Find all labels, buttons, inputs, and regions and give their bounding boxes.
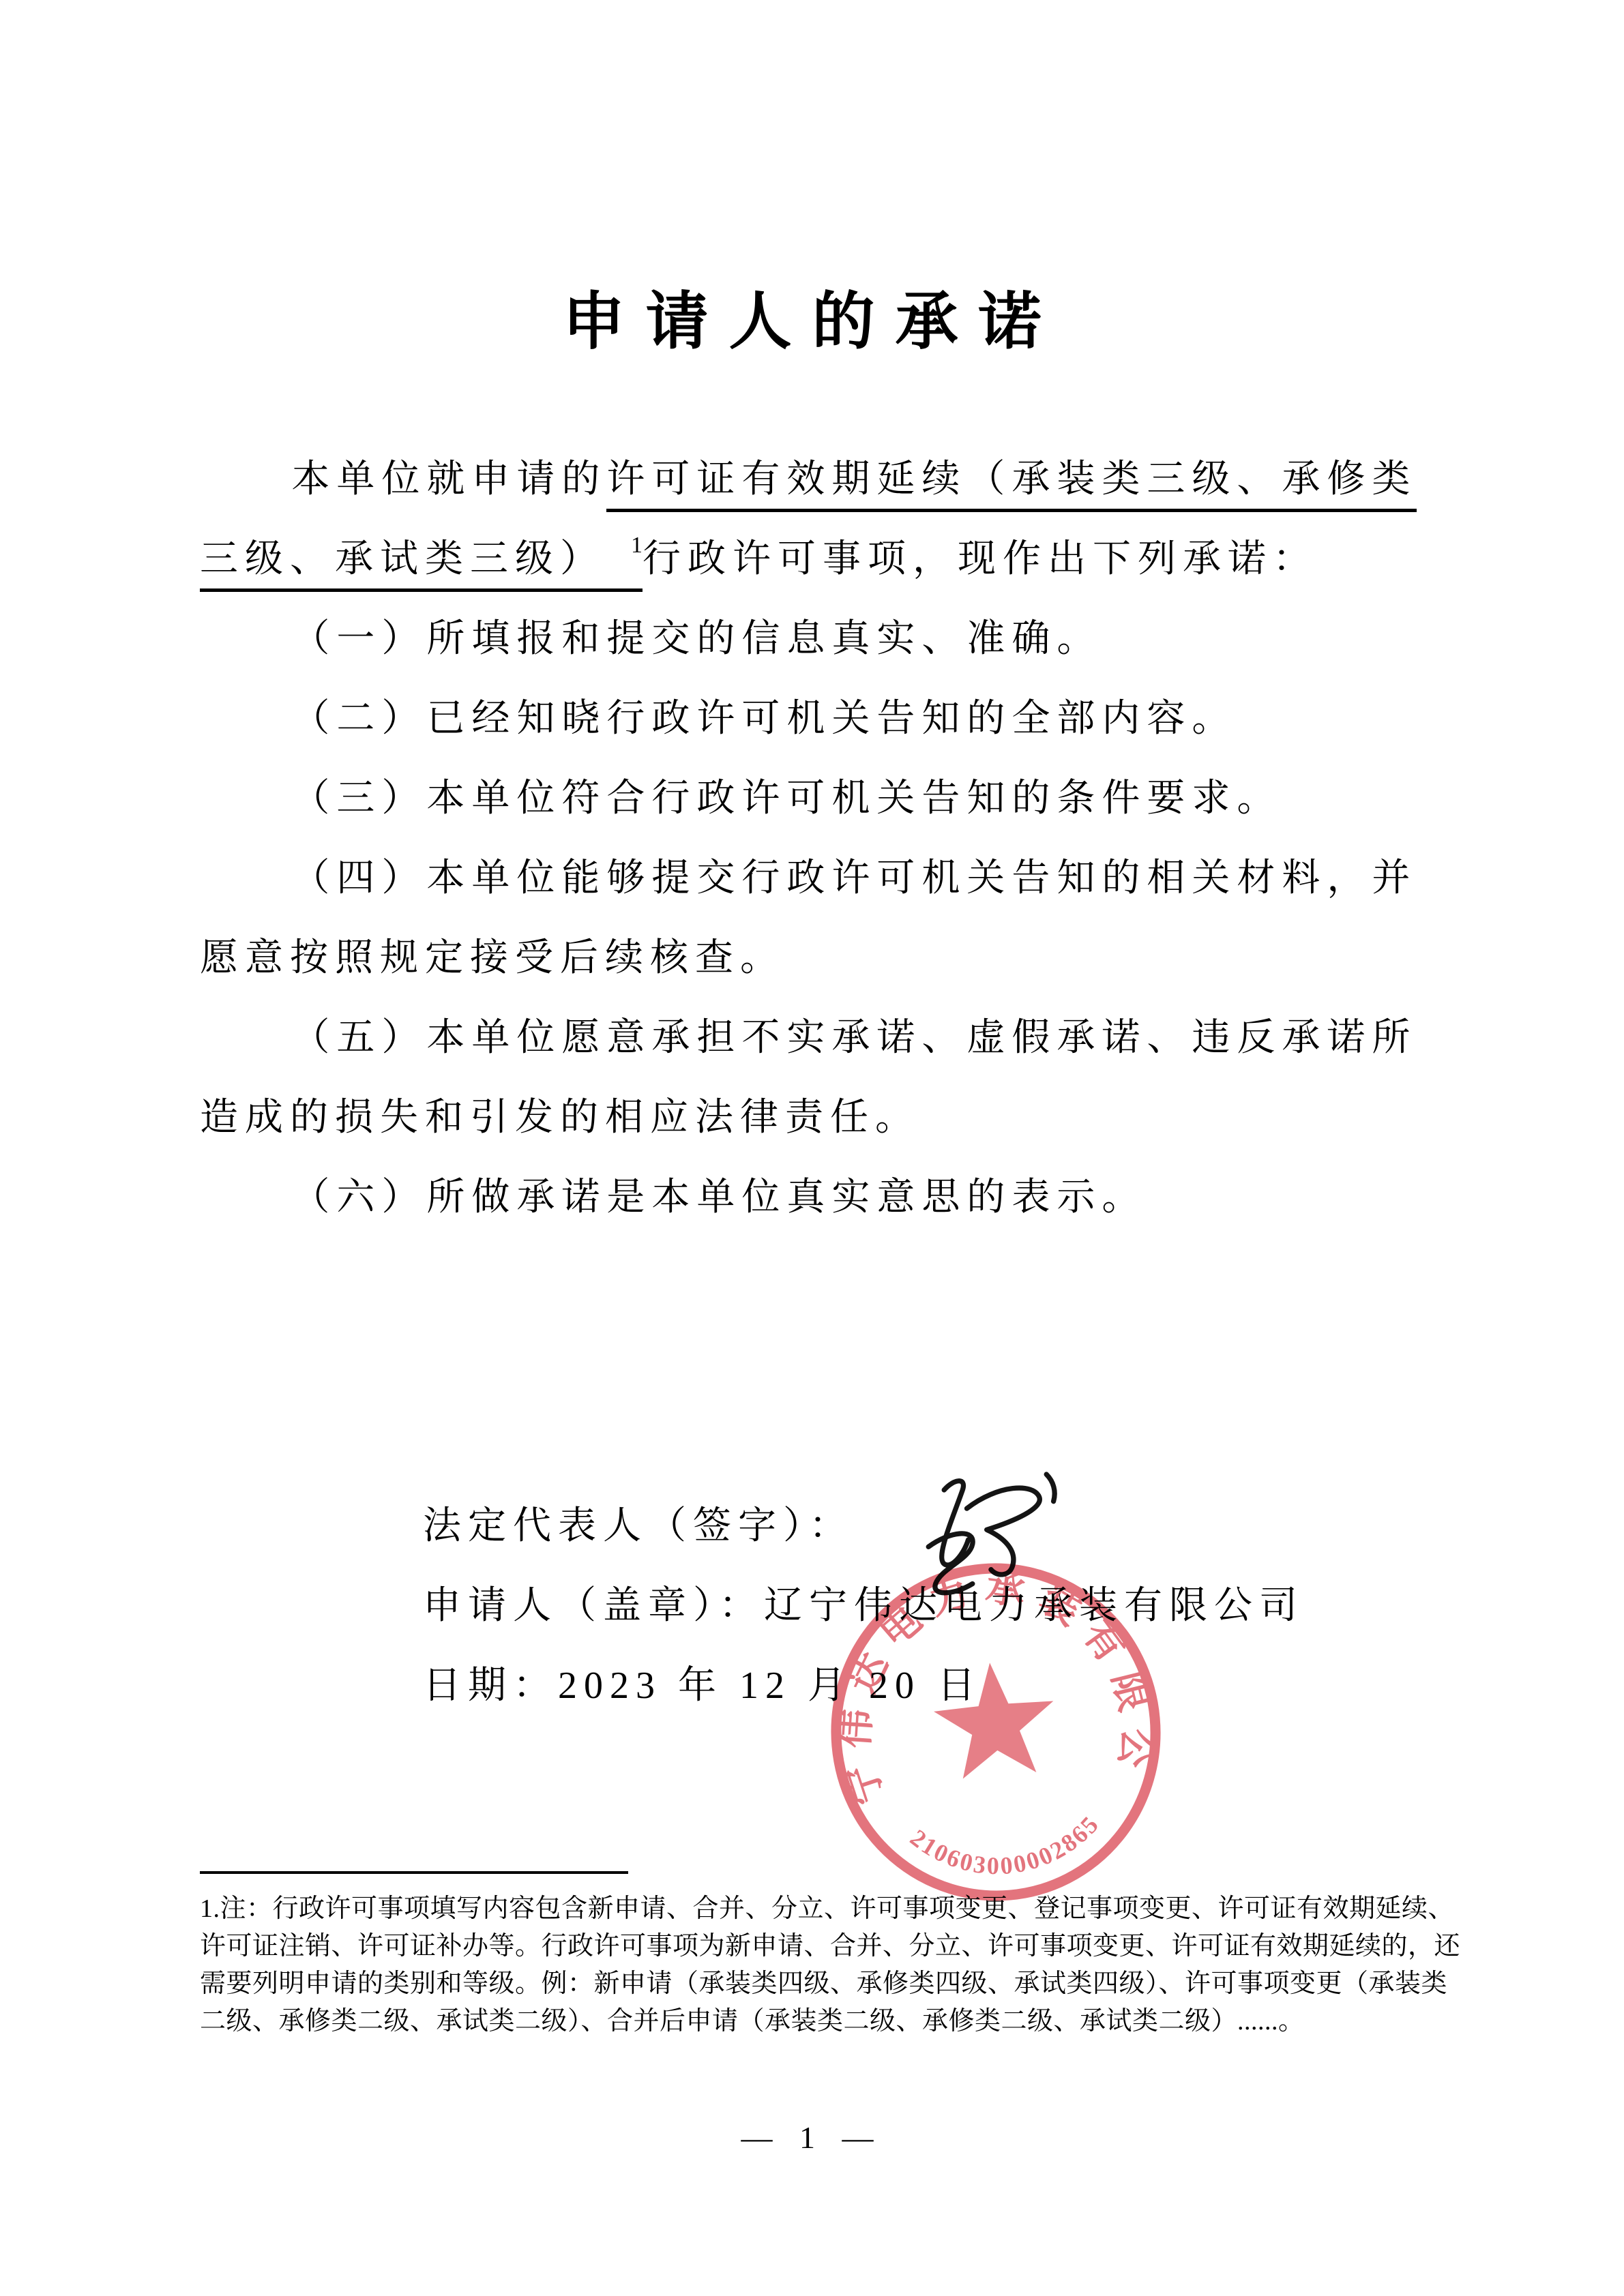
page-number: — 1 —	[0, 2119, 1624, 2156]
paragraph-text: 本单位就申请的	[291, 458, 606, 501]
document-body: 本单位就申请的许可证有效期延续（承装类三级、承修类 三级、承试类三级） 1行政许…	[200, 440, 1434, 1238]
seal-star-icon	[930, 1658, 1059, 1781]
footnote-ref: 1	[631, 533, 643, 558]
company-seal: 辽宁伟达电力承装有限公司 210603000002865	[804, 1547, 1187, 1917]
date-label: 日期：	[423, 1665, 558, 1707]
footnote-line-3: 需要列明申请的类别和等级。例：新申请（承装类四级、承修类四级、承试类四级）、许可…	[200, 1965, 1438, 2003]
footnote-divider	[200, 1871, 628, 1874]
paragraph-text: 行政许可事项，现作出下列承诺：	[643, 538, 1318, 580]
commitment-item-5-continued: 造成的损失和引发的相应法律责任。	[200, 1078, 1434, 1158]
svg-text:辽宁伟达电力承装有限公司: 辽宁伟达电力承装有限公司	[804, 1547, 1164, 1814]
commitment-item-3: （三）本单位符合行政许可机关告知的条件要求。	[200, 759, 1434, 839]
document-page: 申请人的承诺 本单位就申请的许可证有效期延续（承装类三级、承修类 三级、承试类三…	[0, 0, 1624, 2296]
document-title: 申请人的承诺	[0, 271, 1624, 361]
underlined-text-segment: 三级、承试类三级）	[200, 538, 631, 580]
seal-company-text: 辽宁伟达电力承装有限公司	[804, 1547, 1164, 1814]
signature-stroke	[1046, 1474, 1054, 1502]
legal-rep-line: 法定代表人（签字）：	[423, 1487, 1304, 1566]
commitment-item-6: （六）所做承诺是本单位真实意思的表示。	[200, 1158, 1434, 1238]
commitment-item-4-continued: 愿意按照规定接受后续核查。	[200, 919, 1434, 998]
paragraph-line-1: 本单位就申请的许可证有效期延续（承装类三级、承修类	[200, 440, 1434, 520]
footnote-line-1: 1.注：行政许可事项填写内容包含新申请、合并、分立、许可事项变更、登记事项变更、…	[200, 1890, 1438, 1928]
paragraph-line-2: 三级、承试类三级） 1行政许可事项，现作出下列承诺：	[200, 520, 1434, 599]
commitment-item-1: （一）所填报和提交的信息真实、准确。	[200, 599, 1434, 679]
underlined-text: 三级、承试类三级） 1	[200, 538, 643, 592]
commitment-item-2: （二）已经知晓行政许可机关告知的全部内容。	[200, 679, 1434, 759]
footnote-line-2: 许可证注销、许可证补办等。行政许可事项为新申请、合并、分立、许可事项变更、许可证…	[200, 1928, 1438, 1965]
footnote: 1.注：行政许可事项填写内容包含新申请、合并、分立、许可事项变更、登记事项变更、…	[200, 1890, 1438, 2040]
signature-stroke	[942, 1481, 969, 1565]
footnote-line-4: 二级、承修类二级、承试类二级）、合并后申请（承装类二级、承修类二级、承试类二级）…	[200, 2003, 1438, 2040]
applicant-label: 申请人（盖章）：	[423, 1585, 764, 1627]
commitment-item-5: （五）本单位愿意承担不实承诺、虚假承诺、违反承诺所	[200, 998, 1434, 1078]
underlined-text: 许可证有效期延续（承装类三级、承修类	[606, 458, 1417, 512]
commitment-item-4: （四）本单位能够提交行政许可机关告知的相关材料，并	[200, 839, 1434, 919]
